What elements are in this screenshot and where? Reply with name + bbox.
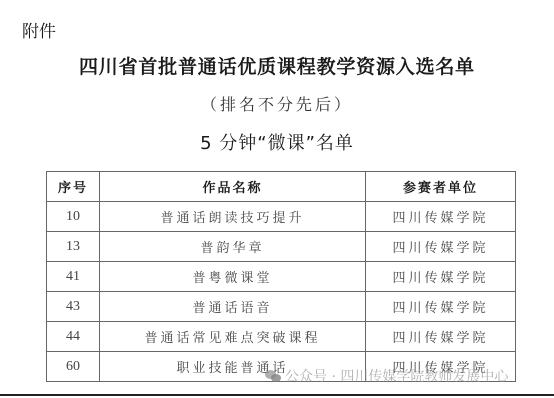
participant-unit: 四川传媒学院 xyxy=(366,322,516,352)
serial-number: 60 xyxy=(47,352,100,382)
table-row: 44 普通话常见难点突破课程 四川传媒学院 xyxy=(47,322,516,352)
header-participant-unit: 参赛者单位 xyxy=(366,172,516,202)
table-header-row: 序号 作品名称 参赛者单位 xyxy=(47,172,516,202)
serial-number: 44 xyxy=(47,322,100,352)
wechat-icon xyxy=(265,370,281,383)
selection-table: 序号 作品名称 参赛者单位 10 普通话朗读技巧提升 四川传媒学院 13 普韵华… xyxy=(46,171,516,382)
table-row: 43 普通话语音 四川传媒学院 xyxy=(47,292,516,322)
document-subtitle: （排名不分先后） xyxy=(0,92,554,115)
watermark-text: 公众号 · 四川传媒学院教师发展中心 xyxy=(285,366,508,386)
participant-unit: 四川传媒学院 xyxy=(366,232,516,262)
attachment-label: 附件 xyxy=(22,17,56,42)
section-title: 5 分钟“微课”名单 xyxy=(0,129,554,155)
header-work-name: 作品名称 xyxy=(100,172,366,202)
participant-unit: 四川传媒学院 xyxy=(366,202,516,232)
work-name: 普通话常见难点突破课程 xyxy=(100,322,366,352)
serial-number: 13 xyxy=(47,232,100,262)
serial-number: 10 xyxy=(47,202,100,232)
work-name: 普韵华章 xyxy=(100,232,366,262)
serial-number: 43 xyxy=(47,292,100,322)
table-row: 13 普韵华章 四川传媒学院 xyxy=(47,232,516,262)
participant-unit: 四川传媒学院 xyxy=(366,292,516,322)
serial-number: 41 xyxy=(47,262,100,292)
bottom-divider xyxy=(0,394,554,396)
work-name: 普通话语音 xyxy=(100,292,366,322)
work-name: 普粤微课堂 xyxy=(100,262,366,292)
table-row: 10 普通话朗读技巧提升 四川传媒学院 xyxy=(47,202,516,232)
table-row: 41 普粤微课堂 四川传媒学院 xyxy=(47,262,516,292)
header-serial-number: 序号 xyxy=(47,172,100,202)
work-name: 普通话朗读技巧提升 xyxy=(100,202,366,232)
participant-unit: 四川传媒学院 xyxy=(366,262,516,292)
watermark: 公众号 · 四川传媒学院教师发展中心 xyxy=(265,366,508,386)
document-title: 四川省首批普通话优质课程教学资源入选名单 xyxy=(0,52,554,79)
